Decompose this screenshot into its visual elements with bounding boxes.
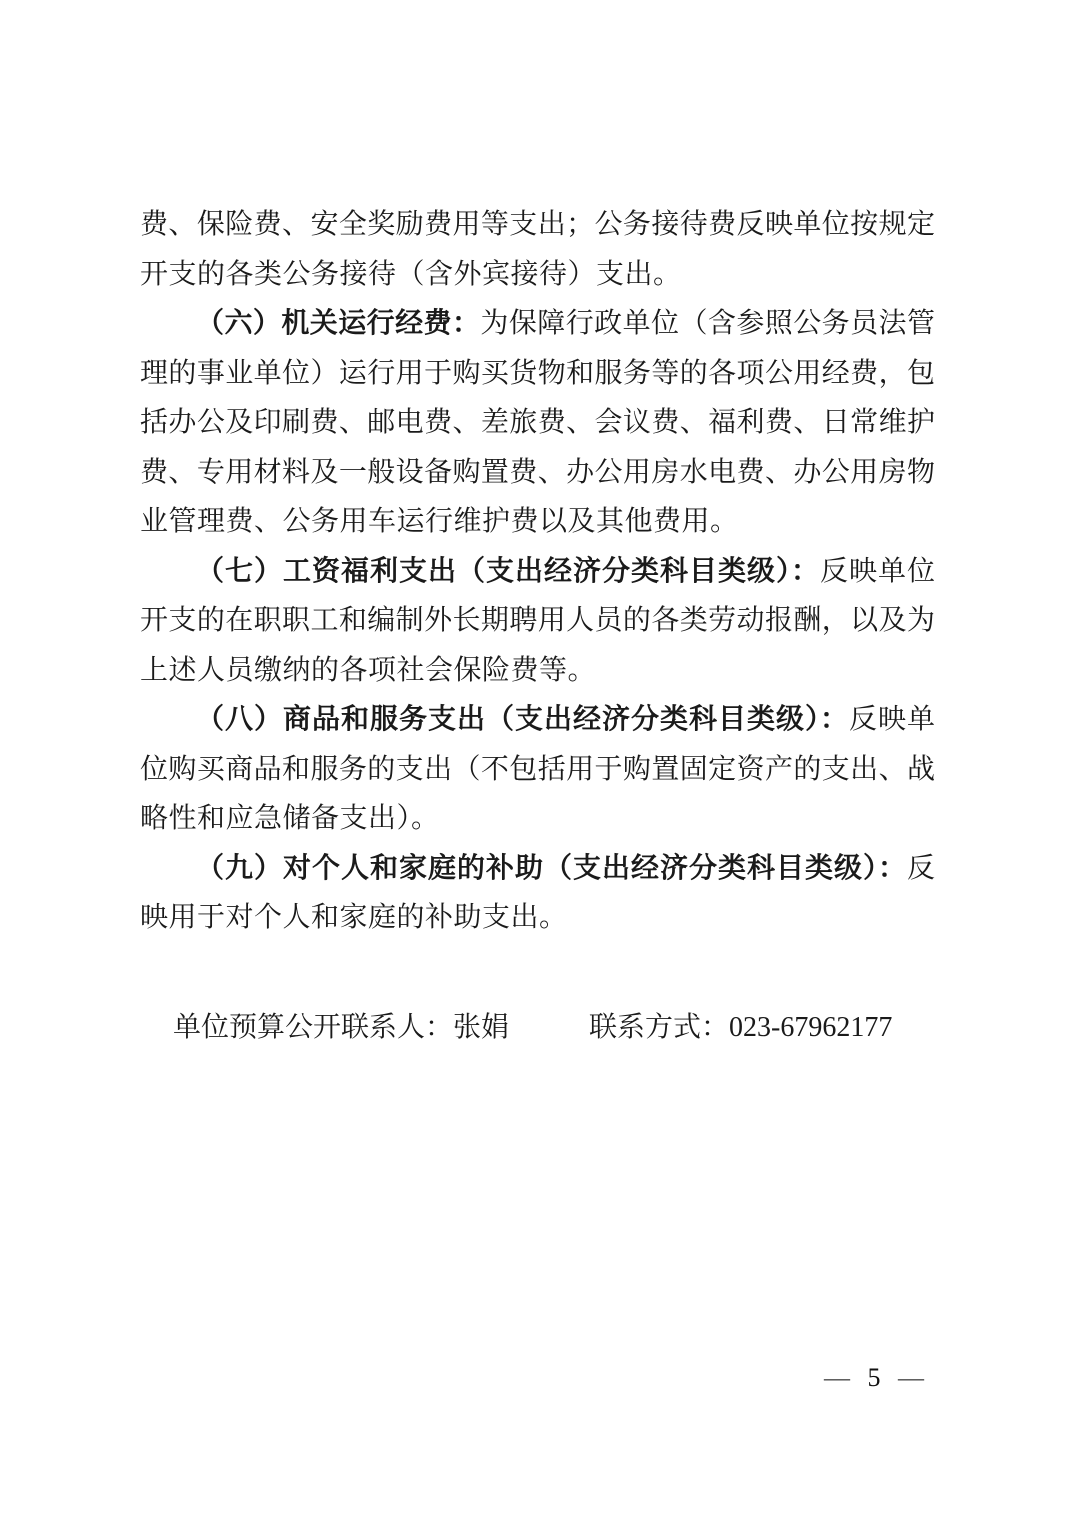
footer-dash-right: — <box>898 1363 924 1393</box>
body-line-text: 反映单位 <box>820 556 935 587</box>
body-line: 理的事业单位）运行用于购买货物和服务等的各项公用经费，包 <box>140 349 935 399</box>
body-line: （八）商品和服务支出（支出经济分类科目类级）：反映单 <box>140 695 935 745</box>
body-line: （七）工资福利支出（支出经济分类科目类级）：反映单位 <box>140 547 935 597</box>
body-line-text: 反 <box>907 853 935 884</box>
body-line: 开支的各类公务接待（含外宾接待）支出。 <box>140 250 935 300</box>
body-line-text: 反映单 <box>849 704 935 735</box>
body-line: 略性和应急储备支出）。 <box>140 794 935 844</box>
body-line-bold: （六）机关运行经费： <box>196 308 480 339</box>
body-line-text: 理的事业单位）运行用于购买货物和服务等的各项公用经费，包 <box>140 358 935 389</box>
body-line-bold: （七）工资福利支出（支出经济分类科目类级）： <box>196 556 820 587</box>
body-line-text: 开支的在职职工和编制外长期聘用人员的各类劳动报酬，以及为 <box>140 605 935 636</box>
body-line: （九）对个人和家庭的补助（支出经济分类科目类级）：反 <box>140 844 935 894</box>
contact-person-label: 单位预算公开联系人： <box>173 1012 453 1043</box>
body-line-text: 开支的各类公务接待（含外宾接待）支出。 <box>140 259 682 290</box>
body-line: 费、保险费、安全奖励费用等支出；公务接待费反映单位按规定 <box>140 200 935 250</box>
body-line: 上述人员缴纳的各项社会保险费等。 <box>140 646 935 696</box>
footer-dash-left: — <box>824 1363 850 1393</box>
body-line: 括办公及印刷费、邮电费、差旅费、会议费、福利费、日常维护 <box>140 398 935 448</box>
contact-person-name: 张娟 <box>453 1012 509 1043</box>
contact-phone-number: 023-67962177 <box>729 1012 892 1043</box>
body-line-text: 费、保险费、安全奖励费用等支出；公务接待费反映单位按规定 <box>140 209 935 240</box>
body-line-text: 略性和应急储备支出）。 <box>140 803 440 834</box>
body-line-text: 位购买商品和服务的支出（不包括用于购置固定资产的支出、战 <box>140 754 935 785</box>
body-line: 费、专用材料及一般设备购置费、办公用房水电费、办公用房物 <box>140 448 935 498</box>
body-line-text: 业管理费、公务用车运行维护费以及其他费用。 <box>140 506 739 537</box>
page-number: 5 <box>868 1363 881 1393</box>
contact-phone-label: 联系方式： <box>589 1012 729 1043</box>
body-line: 映用于对个人和家庭的补助支出。 <box>140 893 935 943</box>
body-line: （六）机关运行经费：为保障行政单位（含参照公务员法管 <box>140 299 935 349</box>
body-line-text: 为保障行政单位（含参照公务员法管 <box>480 308 935 339</box>
document-body: 费、保险费、安全奖励费用等支出；公务接待费反映单位按规定 开支的各类公务接待（含… <box>140 200 935 943</box>
page-number-footer: — 5 — <box>824 1358 924 1398</box>
document-page: 费、保险费、安全奖励费用等支出；公务接待费反映单位按规定 开支的各类公务接待（含… <box>0 0 1074 1520</box>
body-line-text: 映用于对个人和家庭的补助支出。 <box>140 902 568 933</box>
contact-line: 单位预算公开联系人：张娟联系方式：023-67962177 <box>173 1003 892 1053</box>
body-line: 位购买商品和服务的支出（不包括用于购置固定资产的支出、战 <box>140 745 935 795</box>
body-line-text: 括办公及印刷费、邮电费、差旅费、会议费、福利费、日常维护 <box>140 407 935 438</box>
body-line-bold: （九）对个人和家庭的补助（支出经济分类科目类级）： <box>196 853 907 884</box>
body-line-text: 上述人员缴纳的各项社会保险费等。 <box>140 655 596 686</box>
body-line-text: 费、专用材料及一般设备购置费、办公用房水电费、办公用房物 <box>140 457 935 488</box>
body-line: 开支的在职职工和编制外长期聘用人员的各类劳动报酬，以及为 <box>140 596 935 646</box>
body-line-bold: （八）商品和服务支出（支出经济分类科目类级）： <box>196 704 849 735</box>
body-line: 业管理费、公务用车运行维护费以及其他费用。 <box>140 497 935 547</box>
